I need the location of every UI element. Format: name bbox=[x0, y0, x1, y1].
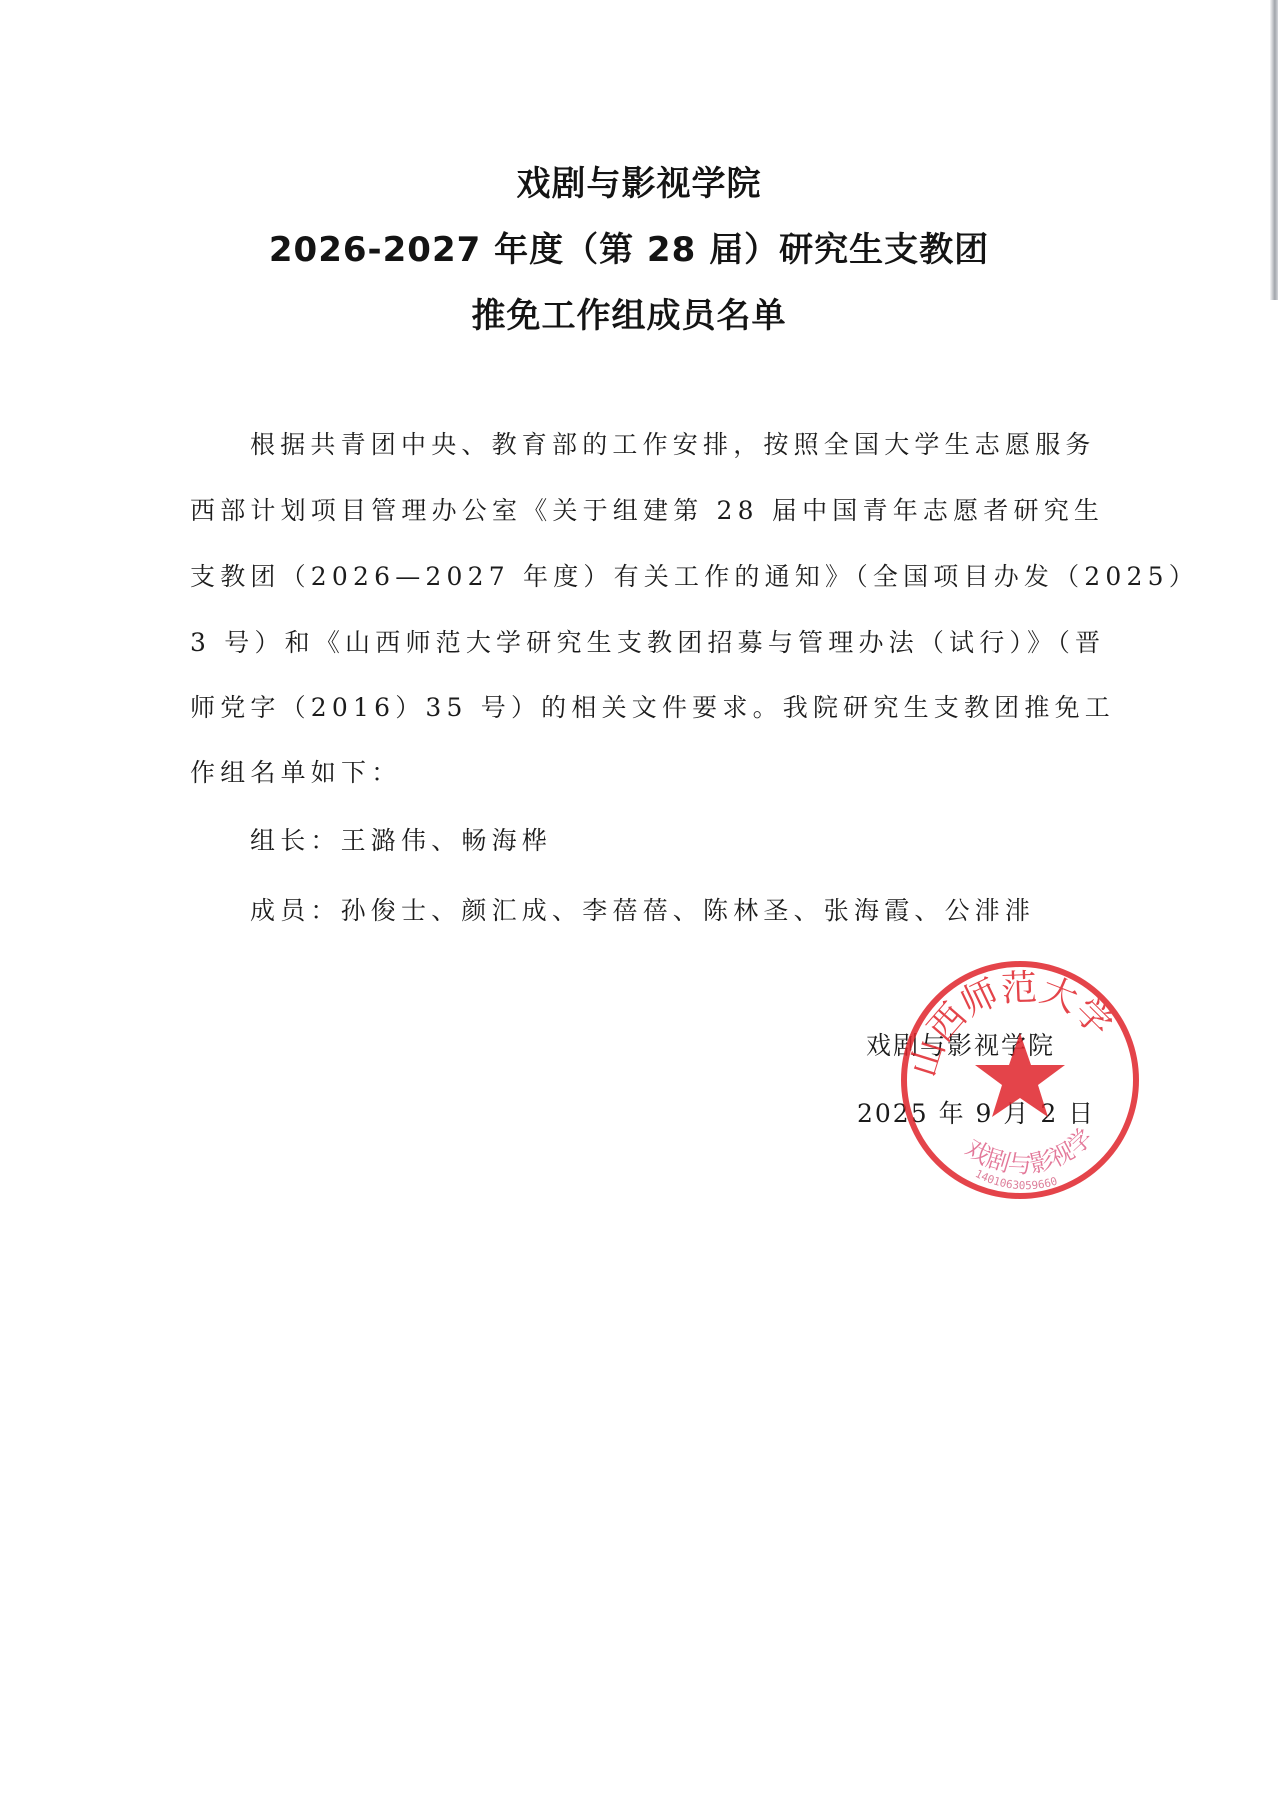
official-seal-icon: 山西师范大学 戏剧与影视学院 1401063059660 bbox=[895, 955, 1145, 1205]
body-paragraph-line: 根据共青团中央、教育部的工作安排，按照全国大学生志愿服务 bbox=[250, 425, 1140, 461]
body-paragraph-line: 作组名单如下： bbox=[190, 753, 1080, 789]
body-paragraph-line: 支教团（2026—2027 年度）有关工作的通知》（全国项目办发（2025） bbox=[190, 557, 1080, 593]
title-line-list: 推免工作组成员名单 bbox=[0, 288, 1268, 337]
body-paragraph-line: 西部计划项目管理办公室《关于组建第 28 届中国青年志愿者研究生 bbox=[190, 491, 1080, 527]
group-members: 成员：孙俊士、颜汇成、李蓓蓓、陈林圣、张海霞、公渄渄 bbox=[250, 891, 1140, 927]
body-paragraph-line: 3 号）和《山西师范大学研究生支教团招募与管理办法（试行）》（晋 bbox=[190, 623, 1080, 659]
page-edge-shadow bbox=[1270, 0, 1278, 300]
title-line-college: 戏剧与影视学院 bbox=[0, 156, 1278, 205]
body-paragraph-line: 师党字（2016）35 号）的相关文件要求。我院研究生支教团推免工 bbox=[190, 688, 1080, 724]
group-leaders: 组长：王潞伟、畅海桦 bbox=[250, 821, 1140, 857]
title-line-year: 2026-2027 年度（第 28 届）研究生支教团 bbox=[0, 222, 1268, 271]
